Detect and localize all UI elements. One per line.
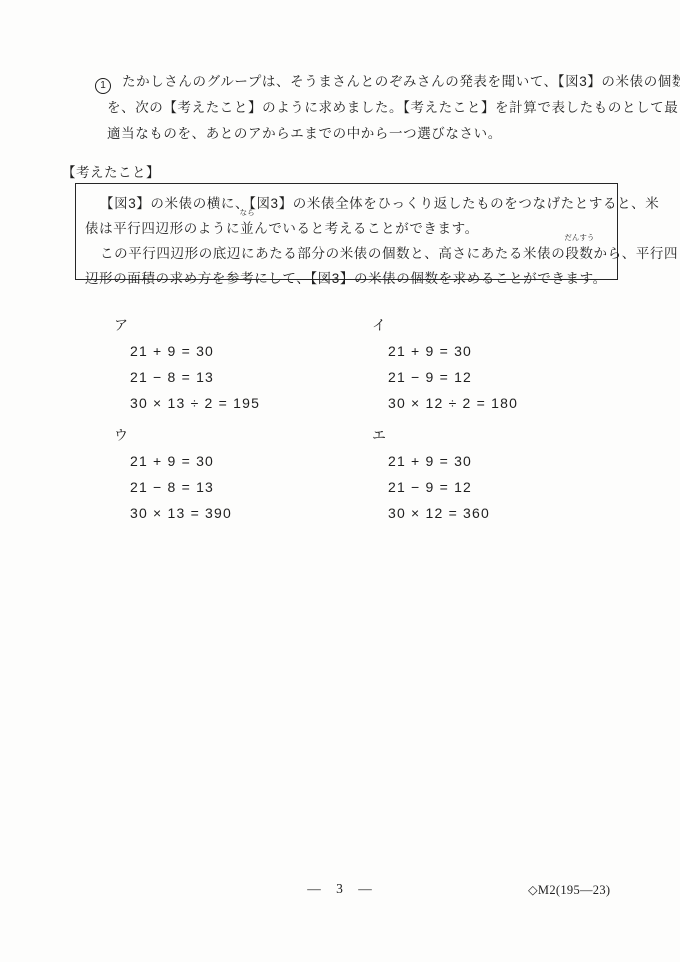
question-line-3: 適当なものを、あとのアからエまでの中から一つ選びなさい。 (95, 121, 625, 147)
document-code: ◇M2(195—23) (528, 882, 610, 898)
thought-box-line-4: 辺形の面積の求め方を参考にして、【図3】の米俵の個数を求めることができます。 (85, 266, 608, 291)
question-block: 1たかしさんのグループは、そうまさんとのぞみさんの発表を聞いて、【図3】の米俵の… (95, 69, 625, 147)
question-line-1-text: たかしさんのグループは、そうまさんとのぞみさんの発表を聞いて、【図3】の米俵の個… (122, 74, 680, 89)
exam-page: 1たかしさんのグループは、そうまさんとのぞみさんの発表を聞いて、【図3】の米俵の… (0, 0, 680, 962)
option-a-label: ア (114, 312, 260, 338)
question-number-badge: 1 (95, 78, 111, 94)
option-u-label: ウ (114, 422, 232, 448)
option-i-equation-3: 30 × 12 ÷ 2 = 180 (372, 390, 518, 416)
furigana-text: なら (240, 209, 255, 217)
option-a-equation-3: 30 × 13 ÷ 2 = 195 (114, 390, 260, 416)
option-i: イ 21 + 9 = 30 21 − 9 = 12 30 × 12 ÷ 2 = … (372, 312, 518, 416)
option-e-equation-2: 21 − 9 = 12 (372, 474, 490, 500)
option-u-equation-1: 21 + 9 = 30 (114, 448, 232, 474)
option-u: ウ 21 + 9 = 30 21 − 8 = 13 30 × 13 = 390 (114, 422, 232, 526)
thought-box: 【図3】の米俵の横に、【図3】の米俵全体をひっくり返したものをつなげたとすると、… (75, 183, 618, 280)
thought-box-line-3: この平行四辺形の底辺にあたる部分の米俵の個数と、高さにあたる米俵の段数だんすうか… (85, 241, 608, 266)
option-i-equation-2: 21 − 9 = 12 (372, 364, 518, 390)
option-u-equation-3: 30 × 13 = 390 (114, 500, 232, 526)
furigana-annotated-word: 並なら (240, 216, 254, 241)
question-line-1: 1たかしさんのグループは、そうまさんとのぞみさんの発表を聞いて、【図3】の米俵の… (95, 69, 625, 95)
furigana-text: だんすう (564, 234, 594, 242)
question-line-2: を、次の【考えたこと】のように求めました。【考えたこと】を計算で表したものとして… (95, 95, 625, 121)
option-i-equation-1: 21 + 9 = 30 (372, 338, 518, 364)
option-a: ア 21 + 9 = 30 21 − 8 = 13 30 × 13 ÷ 2 = … (114, 312, 260, 416)
furigana-annotated-word: 段数だんすう (565, 241, 593, 266)
option-a-equation-2: 21 − 8 = 13 (114, 364, 260, 390)
thought-box-heading: 【考えたこと】 (62, 161, 160, 181)
option-e-equation-1: 21 + 9 = 30 (372, 448, 490, 474)
option-a-equation-1: 21 + 9 = 30 (114, 338, 260, 364)
option-u-equation-2: 21 − 8 = 13 (114, 474, 232, 500)
thought-box-line-1: 【図3】の米俵の横に、【図3】の米俵全体をひっくり返したものをつなげたとすると、… (85, 191, 608, 216)
thought-box-line-2: 俵は平行四辺形のように並ならんでいると考えることができます。 (85, 216, 608, 241)
option-e-label: エ (372, 422, 490, 448)
option-i-label: イ (372, 312, 518, 338)
option-e: エ 21 + 9 = 30 21 − 9 = 12 30 × 12 = 360 (372, 422, 490, 526)
option-e-equation-3: 30 × 12 = 360 (372, 500, 490, 526)
